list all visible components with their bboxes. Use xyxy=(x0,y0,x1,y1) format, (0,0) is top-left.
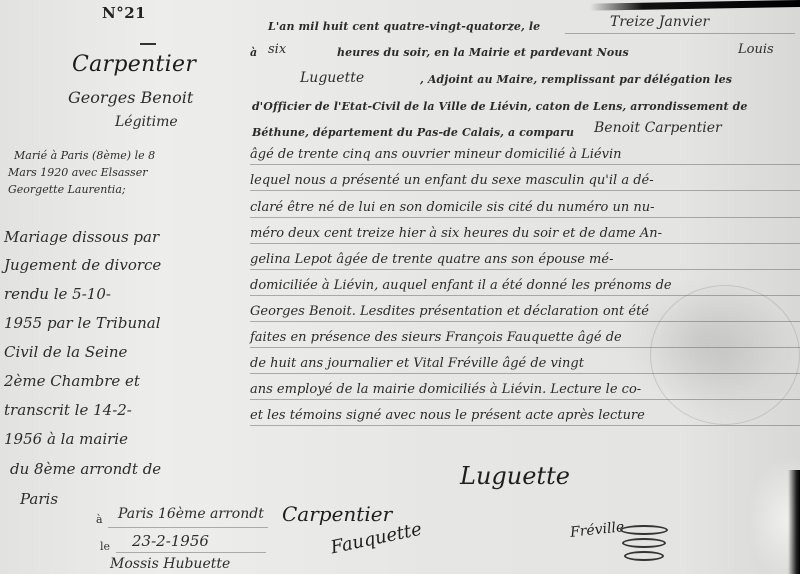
place-label: à xyxy=(96,513,103,526)
line-rule xyxy=(250,399,800,400)
handwritten-line: lequel nous a présenté un enfant du sexe… xyxy=(250,173,654,188)
printed-text: d'Officier de l'Etat-Civil de la Ville d… xyxy=(252,100,748,113)
surname: Carpentier xyxy=(72,52,196,77)
line-rule xyxy=(250,295,800,296)
printed-text: à xyxy=(250,46,257,59)
handwritten-line: et les témoins signé avec nous le présen… xyxy=(250,408,645,423)
line-rule xyxy=(250,164,800,165)
certification-date: 23-2-1956 xyxy=(132,532,209,550)
signature-flourish-icon xyxy=(624,551,664,561)
marriage-note-line: Georgette Laurentia; xyxy=(8,183,126,196)
handwritten-line: âgé de trente cinq ans ouvrier mineur do… xyxy=(250,147,621,162)
scan-right-edge xyxy=(788,470,800,574)
line-rule xyxy=(250,217,800,218)
marriage-note-line: Mars 1920 avec Elsasser xyxy=(8,166,147,179)
divorce-note-line: Paris xyxy=(20,490,58,508)
line-rule xyxy=(250,425,800,426)
fill-rule xyxy=(565,33,795,34)
legitimacy-status: Légitime xyxy=(115,114,178,130)
signature-father: Carpentier xyxy=(282,502,392,526)
document-page: N°21 Carpentier Georges Benoit Légitime … xyxy=(0,0,800,574)
divorce-note-line: Jugement de divorce xyxy=(4,256,161,274)
handwritten-line: claré être né de lui en son domicile sis… xyxy=(250,200,655,215)
line-rule xyxy=(250,373,800,374)
certification-officer: Mossis Hubuette xyxy=(110,556,230,572)
place-rule xyxy=(108,527,268,528)
printed-text: , Adjoint au Maire, remplissant par délé… xyxy=(420,73,732,86)
line-rule xyxy=(250,190,800,191)
handwritten-line: ans employé de la mairie domiciliés à Li… xyxy=(250,382,641,397)
divorce-note-line: transcrit le 14-2- xyxy=(4,401,132,419)
handwritten-line: domiciliée à Liévin, auquel enfant il a … xyxy=(250,278,672,293)
stamp-seal xyxy=(650,285,800,425)
divorce-note-line: 2ème Chambre et xyxy=(4,372,140,390)
signature-flourish-icon xyxy=(622,538,666,548)
divorce-note-line: Mariage dissous par xyxy=(4,228,159,246)
handwritten-line: méro deux cent treize hier à six heures … xyxy=(250,226,662,241)
certification-place: Paris 16ème arrondt xyxy=(118,506,264,522)
divorce-note-line: du 8ème arrondt de xyxy=(10,460,161,478)
acte-number: N°21 xyxy=(102,4,146,22)
date-label: le xyxy=(100,540,110,553)
hour-handwritten: six xyxy=(268,42,286,57)
officer-surname-handwritten: Luguette xyxy=(300,70,364,86)
divorce-note-line: 1955 par le Tribunal xyxy=(4,314,161,332)
officer-firstname-handwritten: Louis xyxy=(738,42,774,57)
divorce-note-line: Civil de la Seine xyxy=(4,343,127,361)
father-name-handwritten: Benoit Carpentier xyxy=(594,120,722,136)
printed-text: Béthune, département du Pas-de Calais, a… xyxy=(252,126,574,139)
line-rule xyxy=(250,243,800,244)
divider xyxy=(140,43,156,45)
divorce-note-line: rendu le 5-10- xyxy=(4,285,111,303)
marriage-note-line: Marié à Paris (8ème) le 8 xyxy=(14,149,155,162)
given-names: Georges Benoit xyxy=(68,88,193,107)
printed-text: heures du soir, en la Mairie et pardevan… xyxy=(337,46,629,59)
printed-text: L'an mil huit cent quatre-vingt-quatorze… xyxy=(268,20,540,33)
margin-column: N°21 Carpentier Georges Benoit Légitime … xyxy=(0,0,255,574)
signature-officer: Luguette xyxy=(460,462,570,490)
scan-top-edge xyxy=(590,0,800,11)
line-rule xyxy=(250,269,800,270)
signature-witness-2: Fréville xyxy=(569,519,625,541)
handwritten-line: gelina Lepot âgée de trente quatre ans s… xyxy=(250,252,613,267)
handwritten-line: de huit ans journalier et Vital Fréville… xyxy=(250,356,584,371)
signature-flourish-icon xyxy=(620,525,668,535)
date-handwritten: Treize Janvier xyxy=(610,14,709,30)
date-rule xyxy=(116,552,266,553)
line-rule xyxy=(250,321,800,322)
handwritten-line: faites en présence des sieurs François F… xyxy=(250,330,622,345)
line-rule xyxy=(250,347,800,348)
divorce-note-line: 1956 à la mairie xyxy=(4,430,128,448)
handwritten-line: Georges Benoit. Lesdites présentation et… xyxy=(250,304,649,319)
